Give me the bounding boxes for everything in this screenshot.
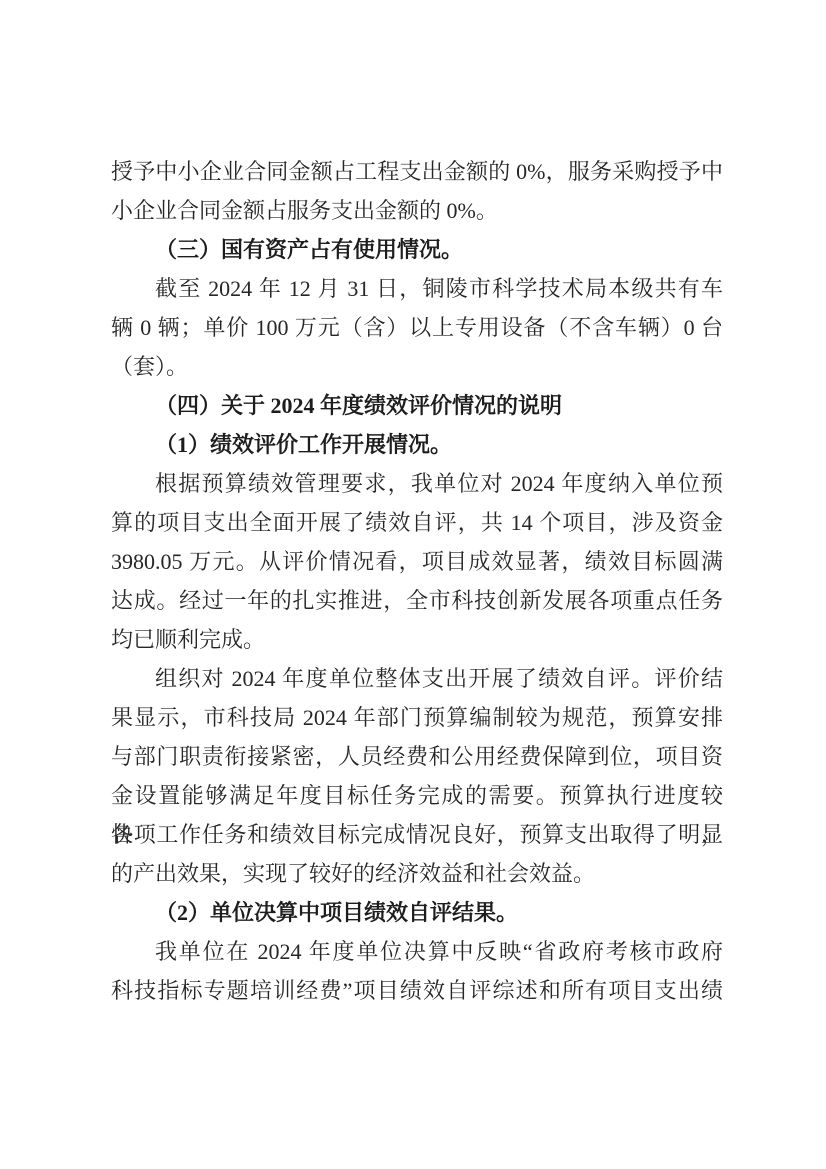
body-line-2: 小企业合同金额占服务支出金额的 0%。 (111, 191, 723, 230)
body-line-14: 组织对 2024 年度单位整体支出开展了绩效自评。评价结 (111, 659, 723, 698)
body-line-11: 3980.05 万元。从评价情况看，项目成效显著，绩效目标圆满 (111, 542, 723, 581)
heading-section-4: （四）关于 2024 年度绩效评价情况的说明 (111, 386, 723, 425)
body-line-19: 的产出效果，实现了较好的经济效益和社会效益。 (111, 854, 723, 893)
body-line-1: 授予中小企业合同金额占工程支出金额的 0%，服务采购授予中 (111, 152, 723, 191)
document-body: 授予中小企业合同金额占工程支出金额的 0%，服务采购授予中 小企业合同金额占服务… (111, 152, 723, 1010)
body-line-17: 金设置能够满足年度目标任务完成的需要。预算执行进度较快， (111, 776, 723, 815)
heading-item-1: （1）绩效评价工作开展情况。 (111, 425, 723, 464)
body-line-10: 算的项目支出全面开展了绩效自评，共 14 个项目，涉及资金 (111, 503, 723, 542)
body-line-12: 达成。经过一年的扎实推进，全市科技创新发展各项重点任务 (111, 581, 723, 620)
heading-section-3: （三）国有资产占有使用情况。 (111, 230, 723, 269)
body-line-21: 我单位在 2024 年度单位决算中反映“省政府考核市政府 (111, 932, 723, 971)
heading-item-2: （2）单位决算中项目绩效自评结果。 (111, 893, 723, 932)
body-line-9: 根据预算绩效管理要求，我单位对 2024 年度纳入单位预 (111, 464, 723, 503)
body-line-18: 各项工作任务和绩效目标完成情况良好，预算支出取得了明显 (111, 815, 723, 854)
body-line-4: 截至 2024 年 12 月 31 日，铜陵市科学技术局本级共有车 (111, 269, 723, 308)
body-line-5: 辆 0 辆；单价 100 万元（含）以上专用设备（不含车辆）0 台 (111, 308, 723, 347)
body-line-22: 科技指标专题培训经费”项目绩效自评综述和所有项目支出绩 (111, 971, 723, 1010)
document-page: 授予中小企业合同金额占工程支出金额的 0%，服务采购授予中 小企业合同金额占服务… (0, 0, 826, 1169)
body-line-6: （套）。 (111, 347, 723, 386)
body-line-16: 与部门职责衔接紧密，人员经费和公用经费保障到位，项目资 (111, 737, 723, 776)
body-line-13: 均已顺利完成。 (111, 620, 723, 659)
body-line-15: 果显示，市科技局 2024 年部门预算编制较为规范，预算安排 (111, 698, 723, 737)
